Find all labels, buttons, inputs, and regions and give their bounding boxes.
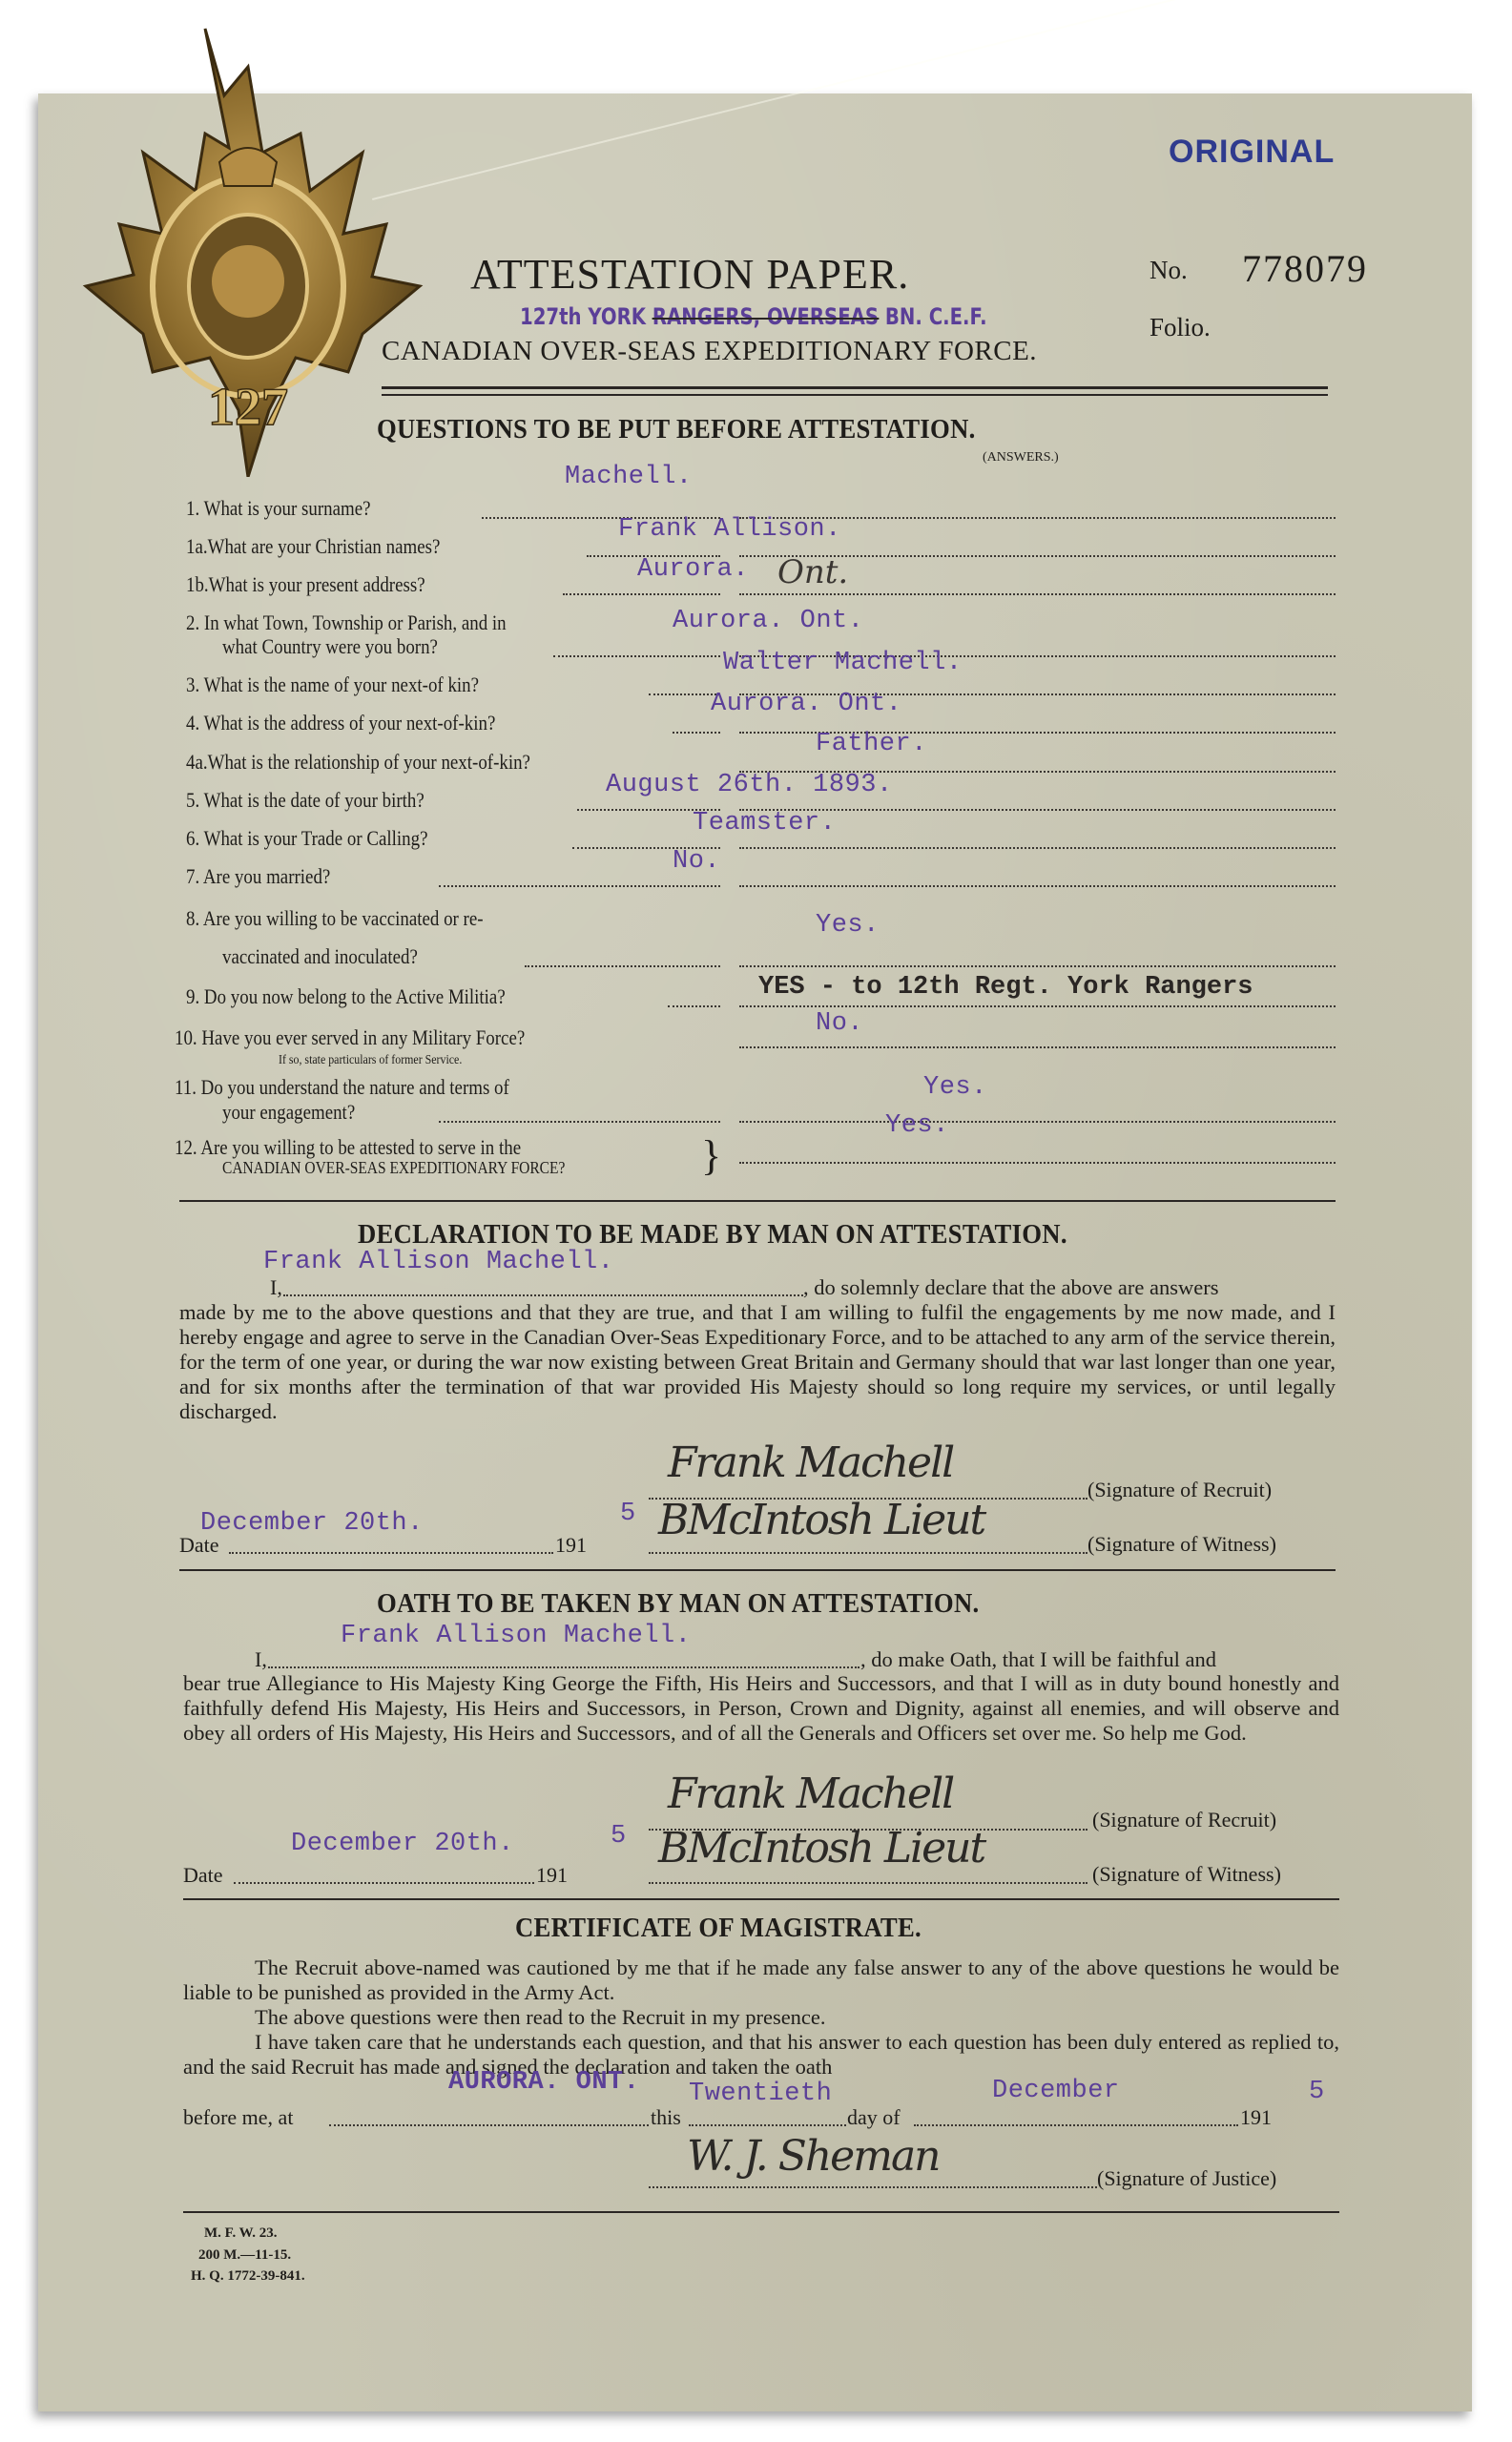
witness-signature-label: (Signature of Witness)	[1087, 1532, 1276, 1557]
witness-signature-line	[649, 1552, 1087, 1554]
answer-christian-names: Frank Allison.	[618, 515, 841, 544]
question-2-line2: what Country were you born?	[222, 634, 438, 659]
question-1a: 1a.What are your Christian names?	[186, 534, 440, 559]
leader-dots	[439, 1121, 720, 1123]
month-line	[914, 2124, 1238, 2126]
answer-willing-to-serve: Yes.	[885, 1111, 949, 1140]
answer-relationship: Father.	[816, 730, 927, 758]
section-rule	[183, 1898, 1339, 1900]
answer-line	[739, 1005, 1336, 1007]
oath-date-label: Date	[183, 1863, 223, 1888]
regimental-number: 778079	[1242, 246, 1368, 291]
oath-name-line	[268, 1666, 860, 1668]
justice-signature-line	[649, 2186, 1097, 2188]
answer-vaccinated: Yes.	[816, 911, 880, 940]
oath-recruit-signature-label: (Signature of Recruit)	[1092, 1808, 1276, 1832]
declaration-witness-signature: BMcIntosh Lieut	[658, 1496, 984, 1544]
leader-dots	[553, 655, 720, 657]
number-label: No.	[1150, 256, 1188, 285]
declaration-date-label: Date	[179, 1533, 219, 1558]
oath-date: December 20th.	[291, 1830, 514, 1858]
brace: }	[701, 1131, 721, 1180]
battalion-stamp-prefix: 127th YORK	[520, 303, 652, 330]
answer-line	[739, 1121, 1336, 1123]
answers-label: (ANSWERS.)	[983, 450, 1059, 466]
svg-text:127: 127	[208, 378, 288, 437]
folio-label: Folio.	[1150, 313, 1211, 342]
battalion-stamp-suffix: BN. C.E.F.	[879, 303, 987, 330]
leader-dots	[649, 693, 720, 695]
handwritten-province: Ont.	[777, 553, 848, 591]
date-line	[229, 1552, 553, 1554]
answer-line	[739, 1162, 1336, 1164]
form-code: M. F. W. 23.	[204, 2225, 278, 2242]
date-line	[234, 1882, 534, 1884]
question-6: 6. What is your Trade or Calling?	[186, 826, 427, 851]
declaration-year-digit: 5	[620, 1500, 636, 1528]
declaration-date: December 20th.	[200, 1509, 424, 1538]
question-7: 7. Are you married?	[186, 864, 330, 889]
answer-surname: Machell.	[565, 463, 693, 491]
question-5: 5. What is the date of your birth?	[186, 788, 425, 813]
battalion-stamp-struck: RANGERS, OVERSEAS	[652, 303, 879, 330]
question-3: 3. What is the name of your next-of kin?	[186, 673, 479, 697]
question-12: 12. Are you willing to be attested to se…	[175, 1135, 521, 1160]
leader-dots	[563, 593, 720, 595]
answer-active-militia: YES - to 12th Regt. York Rangers	[758, 973, 1253, 1002]
certificate-day: Twentieth	[689, 2080, 832, 2108]
maple-leaf-cap-badge-icon: 127	[29, 19, 477, 477]
declaration-recruit-signature: Frank Machell	[668, 1438, 953, 1487]
oath-i: I,	[255, 1647, 267, 1672]
answer-next-of-kin-address: Aurora. Ont.	[711, 690, 901, 718]
certificate-heading: CERTIFICATE OF MAGISTRATE.	[515, 1913, 922, 1944]
certificate-place: AURORA. ONT.	[448, 2068, 639, 2097]
before-me-label: before me, at	[183, 2105, 293, 2130]
oath-year-prefix: 191	[536, 1863, 568, 1888]
form-title: ATTESTATION PAPER.	[470, 250, 909, 299]
declaration-name: Frank Allison Machell.	[263, 1248, 613, 1276]
question-1b: 1b.What is your present address?	[186, 572, 425, 597]
question-8: 8. Are you willing to be vaccinated or r…	[186, 906, 484, 931]
recruit-signature-label: (Signature of Recruit)	[1087, 1478, 1272, 1502]
answer-understand-terms: Yes.	[923, 1073, 987, 1102]
oath-heading: OATH TO BE TAKEN BY MAN ON ATTESTATION.	[377, 1588, 979, 1620]
section-rule	[179, 1200, 1336, 1202]
answer-line	[739, 1046, 1336, 1048]
leader-dots	[668, 1005, 720, 1007]
day-of-label: day of	[847, 2105, 901, 2130]
question-8-line2: vaccinated and inoculated?	[222, 944, 418, 969]
declaration-name-line	[283, 1294, 803, 1296]
section-rule	[179, 1569, 1336, 1571]
question-12-line2: CANADIAN OVER-SEAS EXPEDITIONARY FORCE?	[222, 1158, 565, 1178]
question-1: 1. What is your surname?	[186, 496, 371, 521]
question-11-line2: your engagement?	[222, 1100, 355, 1125]
question-11: 11. Do you understand the nature and ter…	[175, 1075, 509, 1100]
justice-signature: W. J. Sheman	[687, 2132, 940, 2181]
answer-line	[739, 847, 1336, 849]
day-line	[689, 2124, 846, 2126]
declaration-heading: DECLARATION TO BE MADE BY MAN ON ATTESTA…	[358, 1219, 1067, 1251]
answer-trade: Teamster.	[693, 809, 836, 838]
certificate-paragraph-3: I have taken care that he understands ea…	[183, 2030, 1339, 2080]
answer-line	[739, 593, 1336, 595]
declaration-body: made by me to the above questions and th…	[179, 1300, 1336, 1424]
certificate-paragraph-1: The Recruit above-named was cautioned by…	[183, 1956, 1339, 2005]
print-run: 200 M.—11-15.	[198, 2247, 291, 2264]
answer-next-of-kin-name: Walter Machell.	[723, 649, 963, 677]
oath-recruit-signature: Frank Machell	[668, 1769, 953, 1818]
answer-married: No.	[673, 847, 720, 876]
answer-prior-service: No.	[816, 1009, 863, 1038]
oath-name: Frank Allison Machell.	[341, 1622, 691, 1650]
answer-line	[739, 965, 1336, 967]
question-10-note: If so, state particulars of former Servi…	[279, 1053, 462, 1068]
oath-witness-signature-label: (Signature of Witness)	[1092, 1862, 1281, 1887]
answer-birthplace: Aurora. Ont.	[673, 607, 863, 635]
battalion-stamp: 127th YORK RANGERS, OVERSEAS BN. C.E.F.	[520, 303, 987, 330]
oath-year-digit: 5	[611, 1822, 627, 1851]
form-subtitle: CANADIAN OVER-SEAS EXPEDITIONARY FORCE.	[382, 336, 1037, 367]
original-stamp: ORIGINAL	[1169, 134, 1335, 171]
questions-heading: QUESTIONS TO BE PUT BEFORE ATTESTATION.	[377, 414, 976, 445]
question-4: 4. What is the address of your next-of-k…	[186, 711, 495, 735]
certificate-paragraph-2: The above questions were then read to th…	[183, 2005, 1339, 2030]
certificate-year-prefix: 191	[1240, 2105, 1272, 2130]
question-4a: 4a.What is the relationship of your next…	[186, 750, 530, 775]
oath-first-line: , do make Oath, that I will be faithful …	[860, 1647, 1216, 1672]
question-10: 10. Have you ever served in any Military…	[175, 1025, 525, 1050]
header-rule	[382, 386, 1328, 389]
answer-date-of-birth: August 26th. 1893.	[606, 771, 893, 799]
declaration-year-prefix: 191	[555, 1533, 587, 1558]
this-label: this	[651, 2105, 681, 2130]
header-rule-2	[382, 394, 1328, 396]
declaration-first-line: , do solemnly declare that the above are…	[803, 1275, 1218, 1300]
leader-dots	[439, 885, 720, 887]
section-rule	[183, 2211, 1339, 2213]
place-line	[329, 2124, 649, 2126]
leader-dots	[525, 965, 720, 967]
answer-line	[739, 885, 1336, 887]
oath-body: bear true Allegiance to His Majesty King…	[183, 1671, 1339, 1746]
oath-witness-signature: BMcIntosh Lieut	[658, 1824, 984, 1873]
declaration-i: I,	[270, 1275, 282, 1300]
question-2: 2. In what Town, Township or Parish, and…	[186, 610, 507, 635]
witness-signature-line	[649, 1882, 1087, 1884]
question-9: 9. Do you now belong to the Active Milit…	[186, 984, 506, 1009]
answer-present-address: Aurora.	[637, 555, 749, 584]
hq-reference: H. Q. 1772-39-841.	[191, 2268, 305, 2285]
certificate-year-digit: 5	[1309, 2078, 1325, 2106]
leader-dots	[673, 732, 720, 734]
justice-signature-label: (Signature of Justice)	[1097, 2166, 1276, 2191]
certificate-month: December	[992, 2077, 1120, 2105]
